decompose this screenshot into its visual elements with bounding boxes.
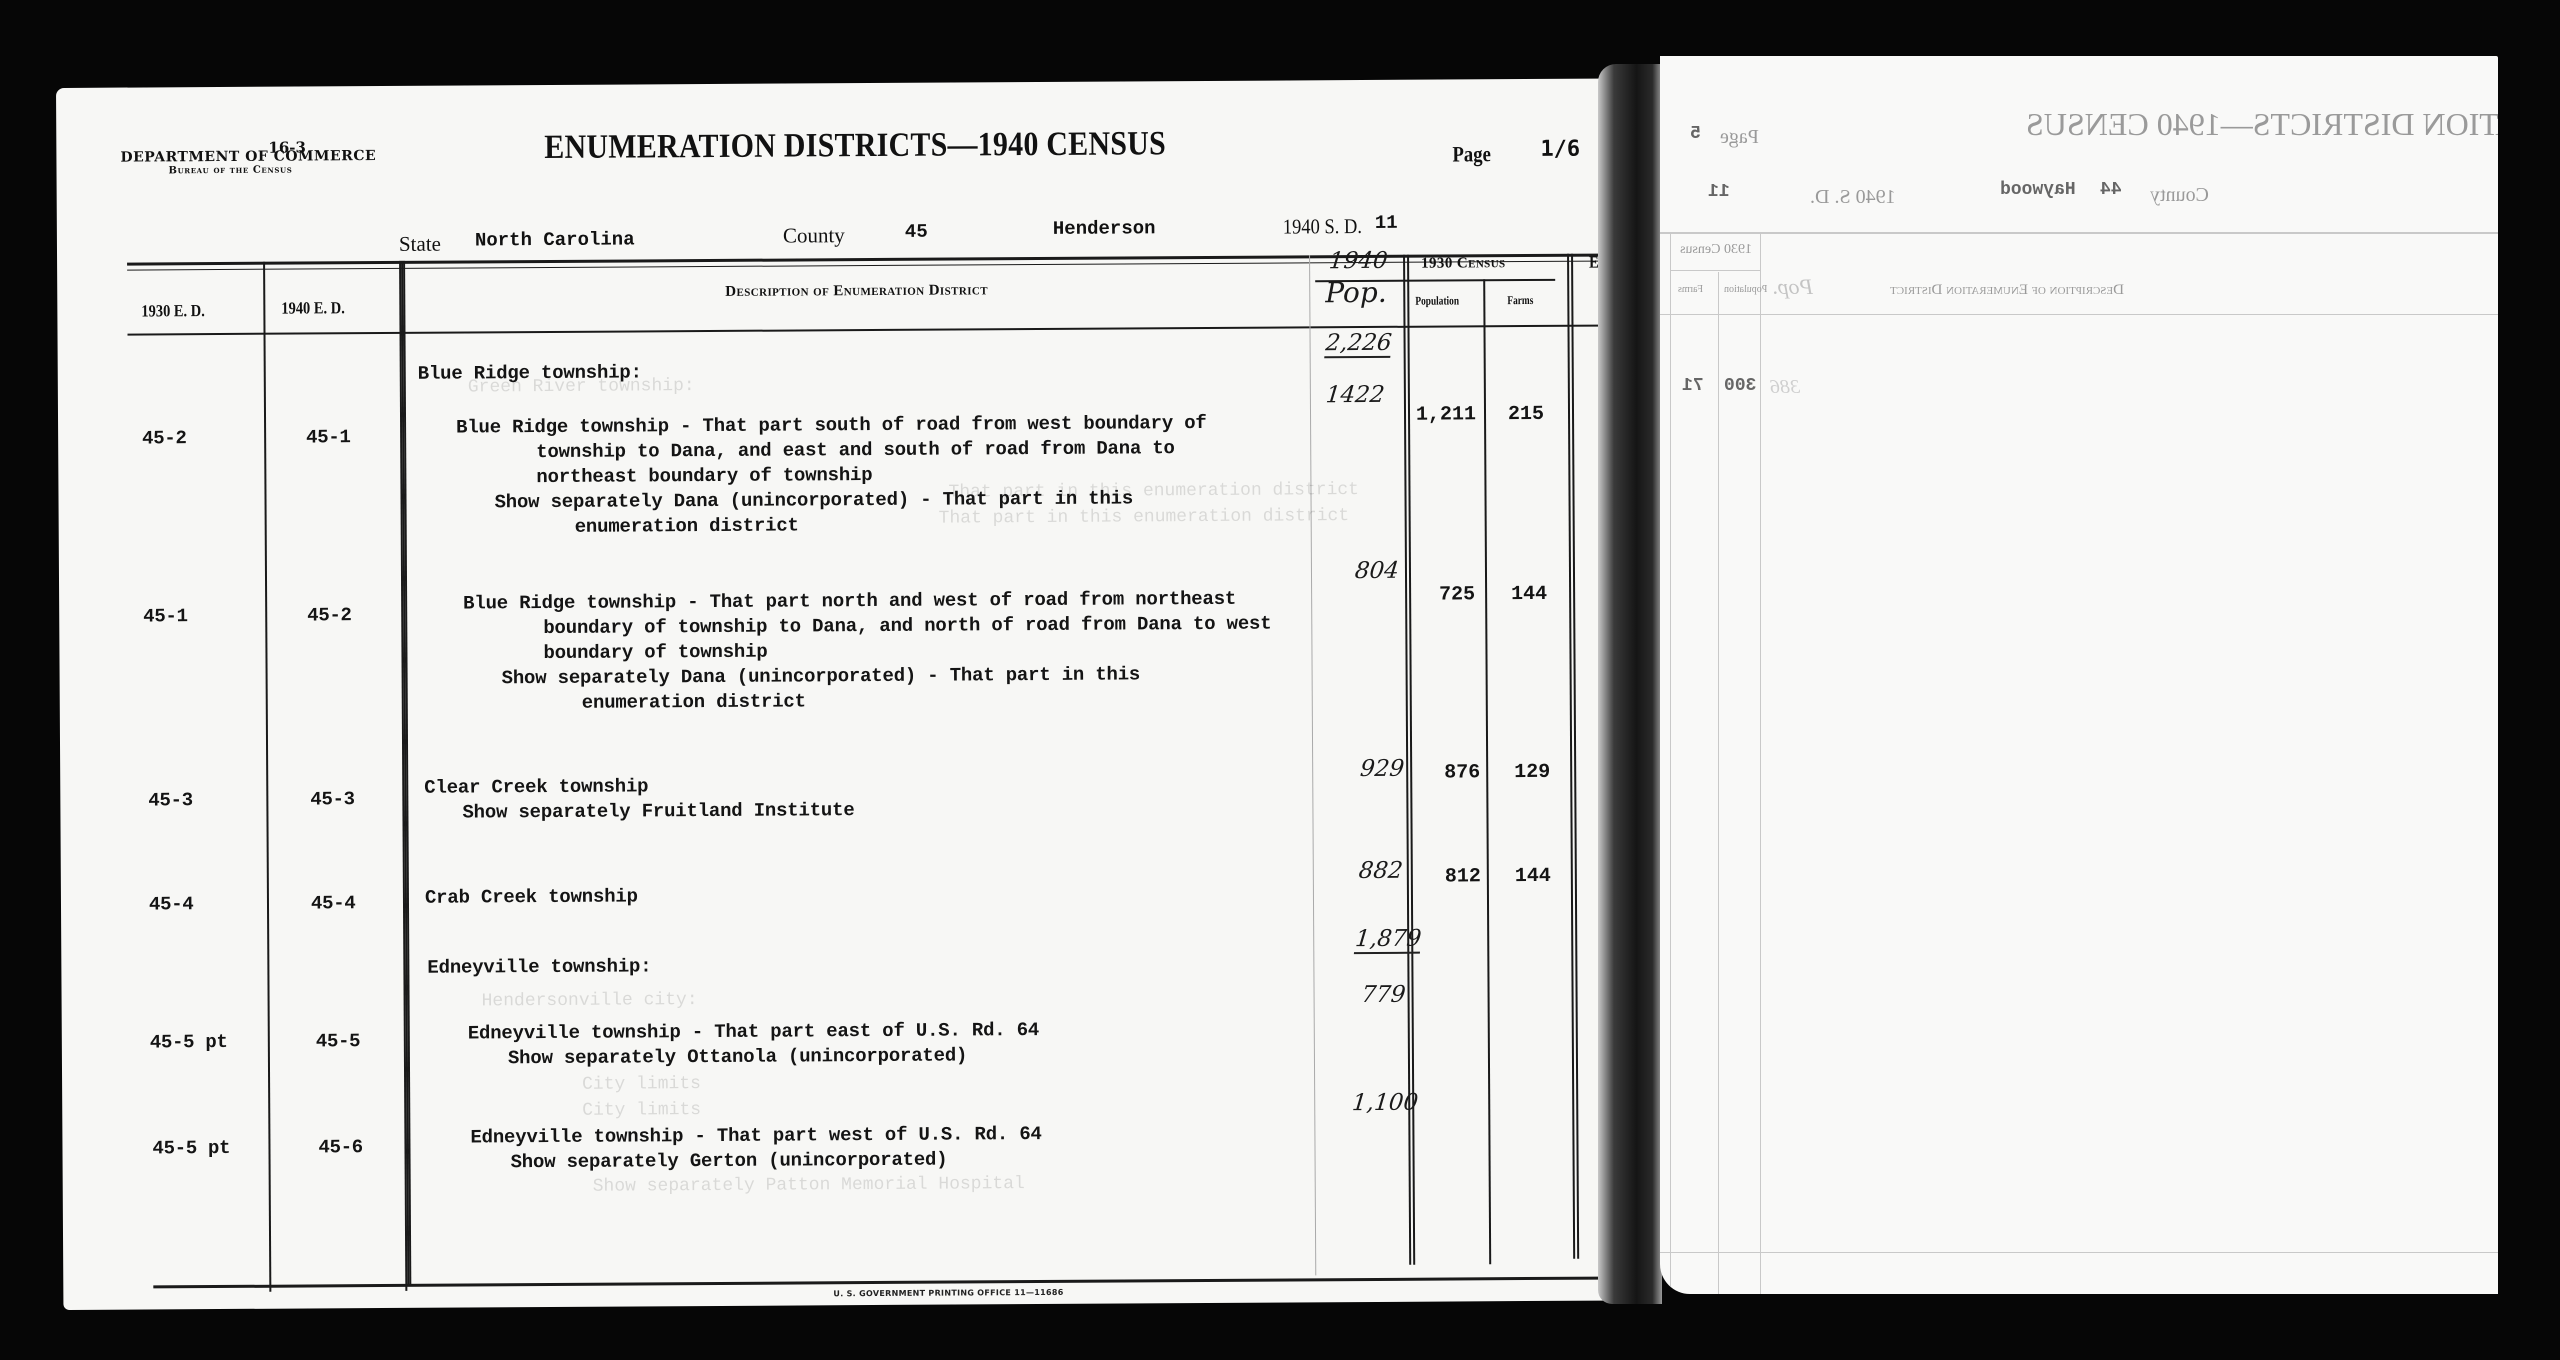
row-1940-pop: 929 — [1359, 756, 1405, 782]
facing-county-number: 44 — [2100, 180, 2122, 200]
group-heading-edneyville: Edneyville township: — [427, 954, 651, 980]
row-1940-ed: 45-3 — [310, 788, 355, 810]
state-value: North Carolina — [475, 228, 635, 251]
group-pop-blue-ridge: 2,226 — [1324, 330, 1393, 358]
table-header-rule — [128, 324, 1618, 335]
row-1940-ed: 45-1 — [306, 426, 351, 448]
row-1930-ed: 45-2 — [142, 427, 187, 449]
row-1930-farms: 144 — [1515, 865, 1551, 888]
row-1930-ed: 45-1 — [143, 605, 188, 627]
facing-title: ATION DISTRICTS—1940 CENSUS — [2026, 106, 2498, 143]
census-page-left: 16-3 DEPARTMENT OF COMMERCE Bureau of th… — [56, 78, 1623, 1310]
facing-top-rule — [1660, 232, 2498, 234]
row-1930-population: 876 — [1444, 761, 1480, 784]
sd-value: 11 — [1375, 212, 1398, 234]
row-1940-pop: 779 — [1360, 982, 1406, 1008]
facing-pop-hand: Pop. — [1772, 274, 1813, 300]
header-1930-census: 1930 Census — [1421, 255, 1506, 273]
row-description: Crab Creek township — [425, 884, 638, 910]
facing-farms-header: Farms — [1678, 284, 1703, 295]
group-heading-blue-ridge: Blue Ridge township: — [418, 360, 642, 386]
bleed-through-text: Hendersonville city: — [482, 990, 698, 1011]
state-label: State — [399, 232, 441, 257]
row-1930-ed: 45-3 — [148, 789, 193, 811]
row-1930-farms: 129 — [1514, 761, 1550, 784]
header-1940-pop-year: 1940 — [1328, 248, 1389, 274]
page-title: ENUMERATION DISTRICTS—1940 CENSUS — [544, 125, 1166, 167]
row-description: Edneyville township - That part east of … — [468, 1018, 1040, 1071]
county-number: 45 — [905, 221, 928, 243]
row-1940-pop: 1422 — [1325, 382, 1386, 408]
facing-col-line — [1718, 272, 1719, 1294]
bleed-through-text: City limits — [582, 1100, 701, 1121]
bleed-through-text: City limits — [582, 1074, 701, 1095]
row-1930-ed: 45-5 pt — [150, 1031, 228, 1053]
row-1930-population: 725 — [1439, 583, 1475, 606]
table-top-rule — [127, 253, 1617, 270]
row-1940-pop: 882 — [1358, 858, 1404, 884]
facing-col-line — [1670, 232, 1671, 1294]
row-1930-ed: 45-5 pt — [152, 1137, 230, 1159]
facing-page-label: Page — [1720, 126, 1759, 149]
row-description: Clear Creek township Show separately Fru… — [424, 773, 854, 826]
book-binding-gutter — [1598, 64, 1662, 1304]
col-divider-1930ed — [263, 262, 271, 1292]
facing-population-header: Population — [1724, 284, 1767, 295]
sd-label: 1940 S. D. — [1283, 214, 1362, 239]
facing-county-label: County — [2150, 184, 2209, 207]
header-description: Description of Enumeration District — [725, 282, 988, 301]
county-name: Henderson — [1053, 217, 1156, 240]
facing-row-farms: 71 — [1682, 376, 1704, 396]
row-1940-pop: 804 — [1354, 558, 1400, 584]
header-1940-pop: Pop. — [1325, 276, 1387, 309]
header-farms: Farms — [1507, 293, 1533, 308]
header-population: Population — [1415, 293, 1459, 308]
facing-county-name: Haywood — [2000, 180, 2076, 200]
row-description: Blue Ridge township - That part north an… — [463, 587, 1272, 717]
header-1930-ed: 1930 E. D. — [141, 301, 205, 321]
facing-row-hand: 386 — [1770, 376, 1800, 399]
row-1940-pop: 1,100 — [1351, 1090, 1419, 1116]
row-1930-farms: 144 — [1511, 583, 1547, 606]
facing-description-header: Description of Enumeration District — [1890, 282, 2124, 299]
row-1940-ed: 45-2 — [307, 604, 352, 626]
printer-imprint: U. S. GOVERNMENT PRINTING OFFICE 11—1168… — [833, 1288, 1063, 1298]
department-name: DEPARTMENT OF COMMERCE — [120, 148, 376, 166]
row-1940-ed: 45-5 — [316, 1030, 361, 1052]
facing-page-mirrored: ATION DISTRICTS—1940 CENSUS Page 5 11 19… — [1660, 56, 2498, 1294]
facing-bottom-rule — [1660, 1252, 2498, 1253]
row-1940-ed: 45-4 — [311, 892, 356, 914]
facing-sd-label: 1940 S. D. — [1810, 186, 1896, 209]
bleed-through-text: Show separately Patton Memorial Hospital — [593, 1174, 1025, 1197]
row-1930-farms: 215 — [1508, 403, 1544, 426]
row-1930-population: 1,211 — [1416, 403, 1476, 426]
col-divider-pop-farms — [1483, 279, 1491, 1264]
facing-row-population: 300 — [1724, 376, 1756, 396]
facing-header-rule — [1660, 314, 2498, 315]
row-1940-ed: 45-6 — [318, 1136, 363, 1158]
row-description: Blue Ridge township - That part south of… — [456, 411, 1207, 541]
row-1930-ed: 45-4 — [149, 893, 194, 915]
group-pop-edneyville: 1,879 — [1354, 926, 1423, 954]
facing-sd-value: 11 — [1708, 182, 1730, 202]
bureau-name: Bureau of the Census — [168, 165, 292, 177]
county-label: County — [783, 223, 845, 248]
page-label: Page — [1452, 141, 1491, 167]
row-description: Edneyville township - That part west of … — [470, 1122, 1042, 1175]
facing-col-line — [1760, 232, 1761, 1294]
col-divider-pop1940 — [1309, 255, 1316, 1275]
facing-census-subrule — [1670, 270, 1760, 271]
table-bottom-rule — [153, 1276, 1623, 1288]
col-divider-census-right — [1567, 254, 1579, 1259]
facing-page-value: 5 — [1690, 124, 1701, 144]
page-number: 1/6 — [1540, 137, 1580, 162]
header-1940-ed: 1940 E. D. — [281, 298, 345, 318]
row-1930-population: 812 — [1445, 865, 1481, 888]
facing-census-header: 1930 Census — [1680, 242, 1752, 258]
